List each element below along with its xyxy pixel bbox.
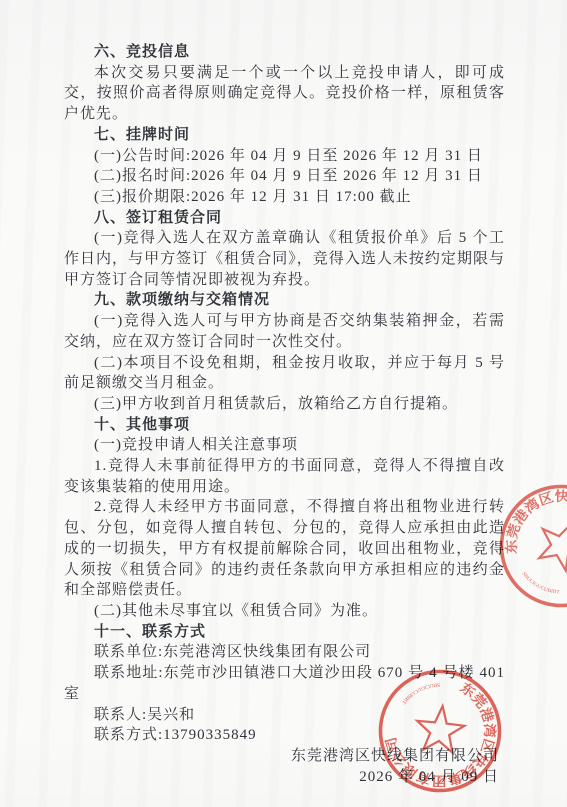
paragraph: (三)报价期限:2026 年 12 月 31 日 17:00 截止 bbox=[64, 187, 505, 208]
paragraph: (三)甲方收到首月租赁款后，放箱给乙方自行提箱。 bbox=[64, 394, 505, 415]
section-heading: 九、款项缴纳与交箱情况 bbox=[64, 290, 505, 311]
seal-group: 东莞港湾区快线集团有限公司 SBUCIGUCUBIBT bbox=[486, 471, 567, 621]
section-heading: 八、签订租赁合同 bbox=[64, 208, 505, 229]
seal-star-icon bbox=[409, 702, 473, 765]
seal-code-text: SBUCIGUCUBIBT bbox=[398, 676, 442, 708]
paragraph: (一)竞投申请人相关注意事项 bbox=[64, 435, 505, 456]
company-seal-stamp: 东莞港湾区快线集团有限公司 SBUCIGUCUBIBT bbox=[365, 656, 515, 806]
paragraph: 1.竞得人未事前征得甲方的书面同意，竞得人不得擅自改变该集装箱的使用用途。 bbox=[64, 456, 505, 497]
section-heading: 六、竞投信息 bbox=[64, 42, 505, 63]
paragraph: 本次交易只要满足一个或一个以上竞投申请人，即可成交，按照价高者得原则确定竞得人。… bbox=[64, 63, 505, 125]
section-heading: 七、挂牌时间 bbox=[64, 125, 505, 146]
paragraph: 2.竞得人未经甲方书面同意，不得擅自将出租物业进行转包、分包，如竞得人擅自转包、… bbox=[64, 497, 505, 601]
seal-group: 东莞港湾区快线集团有限公司 SBUCIGUCUBIBT bbox=[365, 656, 515, 806]
partial-seal-stamp: 东莞港湾区快线集团有限公司 SBUCIGUCUBIBT bbox=[486, 471, 567, 621]
paragraph: (二)报名时间:2026 年 04 月 9 日至 2026 年 12 月 31 … bbox=[64, 166, 505, 187]
section-heading: 十一、联系方式 bbox=[64, 622, 505, 643]
scanned-document-page: 六、竞投信息本次交易只要满足一个或一个以上竞投申请人，即可成交，按照价高者得原则… bbox=[0, 0, 567, 807]
paragraph: (一)竞得入选人可与甲方协商是否交纳集装箱押金，若需交纳，应在双方签订合同时一次… bbox=[64, 311, 505, 352]
section-heading: 十、其他事项 bbox=[64, 415, 505, 436]
paragraph: (二)其他未尽事宜以《租赁合同》为准。 bbox=[64, 601, 505, 622]
paragraph: (一)公告时间:2026 年 04 月 9 日至 2026 年 12 月 31 … bbox=[64, 146, 505, 167]
paragraph: (一)竞得入选人在双方盖章确认《租赁报价单》后 5 个工作日内，与甲方签订《租赁… bbox=[64, 228, 505, 290]
seal-star-icon bbox=[531, 513, 567, 574]
paragraph: (二)本项目不设免租期，租金按月收取，并应于每月 5 号前足额缴交当月租金。 bbox=[64, 353, 505, 394]
